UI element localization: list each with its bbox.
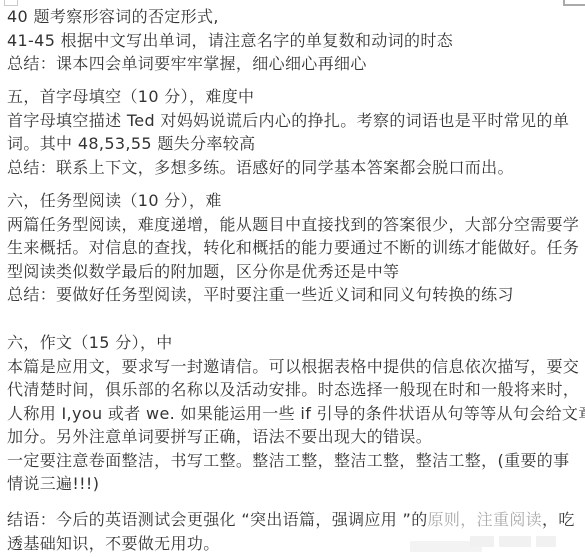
text-line: 情说三遍!!!): [7, 472, 585, 496]
text-segment: 总结：课本四会单词要牢牢掌握，细心细心再细心: [7, 54, 367, 73]
text-line: 五，首字母填空（10 分），难度中: [7, 85, 585, 109]
text-line: 型阅读类似数学最后的附加题，区分你是优秀还是中等: [7, 260, 585, 284]
text-segment: 五，首字母填空（10 分），难度中: [7, 87, 254, 106]
text-line: 总结：课本四会单词要牢牢掌握，细心细心再细心: [7, 52, 585, 76]
text-line: 41-45 根据中文写出单词，请注意名字的单复数和动词的时态: [7, 29, 585, 53]
text-segment: 六，任务型阅读（10 分），难: [7, 191, 222, 210]
text-segment: ，吃: [542, 510, 575, 529]
text-segment: 41-45 根据中文写出单词，请注意名字的单复数和动词的时态: [7, 31, 453, 50]
text-segment: 结语：今后的英语测试会更强化 “突出语篇，强调应用 ”的: [7, 510, 428, 529]
text-line: 人称用 I,you 或者 we. 如果能运用一些 if 引导的条件状语从句等等从…: [7, 402, 585, 426]
text-segment: 两篇任务型阅读，难度递增，能从题目中直接找到的答案很少，大部分空需要学: [7, 215, 579, 234]
text-segment: 总结：要做好任务型阅读，平时要注重一些近义词和同义句转换的练习: [7, 285, 514, 304]
watermark-remnant: [536, 536, 556, 547]
text-segment: 总结：联系上下文，多想多练。语感好的同学基本答案都会脱口而出。: [7, 158, 514, 177]
text-line: 六，任务型阅读（10 分），难: [7, 189, 585, 213]
paragraph-section-6-task-reading: 六，任务型阅读（10 分），难两篇任务型阅读，难度递增，能从题目中直接找到的答案…: [7, 189, 585, 307]
text-segment: 词。其中 48,53,55 题失分率较高: [7, 134, 255, 153]
text-line: 总结：要做好任务型阅读，平时要注重一些近义词和同义句转换的练习: [7, 283, 585, 307]
text-line: 词。其中 48,53,55 题失分率较高: [7, 132, 585, 156]
text-line: 首字母填空描述 Ted 对妈妈说谎后内心的挣扎。考察的词语也是平时常见的单: [7, 109, 585, 133]
text-segment: 一定要注意卷面整洁，书写工整。整洁工整，整洁工整，整洁工整，(重要的事: [7, 451, 570, 470]
faded-text-segment: 原则，注重阅读: [428, 510, 542, 529]
paragraph-section-6-composition: 六，作文（15 分），中本篇是应用文，要求写一封邀请信。可以根据表格中提供的信息…: [7, 331, 585, 496]
text-segment: 代清楚时间，俱乐部的名称以及活动安排。时态选择一般现在时和一般将来时，: [7, 380, 579, 399]
text-line: 本篇是应用文，要求写一封邀请信。可以根据表格中提供的信息依次描写，要交: [7, 355, 585, 379]
text-segment: 本篇是应用文，要求写一封邀请信。可以根据表格中提供的信息依次描写，要交: [7, 357, 579, 376]
paragraph-word-spelling-questions: 40 题考察形容词的否定形式,41-45 根据中文写出单词，请注意名字的单复数和…: [7, 5, 585, 76]
watermark-remnant: [499, 536, 531, 547]
text-line: 六，作文（15 分），中: [7, 331, 585, 355]
text-segment: 透基础知识，不要做无用功。: [7, 534, 220, 553]
text-line: 总结：联系上下文，多想多练。语感好的同学基本答案都会脱口而出。: [7, 156, 585, 180]
text-segment: 型阅读类似数学最后的附加题，区分你是优秀还是中等: [7, 262, 399, 281]
text-line: 一定要注意卷面整洁，书写工整。整洁工整，整洁工整，整洁工整，(重要的事: [7, 449, 585, 473]
text-segment: 加分。另外注意单词要拼写正确，语法不要出现大的错误。: [7, 427, 432, 446]
text-line: 生来概括。对信息的查找，转化和概括的能力要通过不断的训练才能做好。任务: [7, 236, 585, 260]
text-segment: 情说三遍!!!): [7, 474, 99, 493]
text-segment: 生来概括。对信息的查找，转化和概括的能力要通过不断的训练才能做好。任务: [7, 238, 579, 257]
text-segment: 六，作文（15 分），中: [7, 333, 173, 352]
text-line: 代清楚时间，俱乐部的名称以及活动安排。时态选择一般现在时和一般将来时，: [7, 378, 585, 402]
text-segment: 40 题考察形容词的否定形式,: [7, 7, 219, 26]
text-line: 结语：今后的英语测试会更强化 “突出语篇，强调应用 ”的原则，注重阅读，吃: [7, 508, 585, 532]
watermark-remnant: [470, 536, 494, 547]
text-line: 两篇任务型阅读，难度递增，能从题目中直接找到的答案很少，大部分空需要学: [7, 213, 585, 237]
paragraph-conclusion: 结语：今后的英语测试会更强化 “突出语篇，强调应用 ”的原则，注重阅读，吃透基础…: [7, 508, 585, 555]
text-segment: 人称用 I,you 或者 we. 如果能运用一些 if 引导的条件状语从句等等从…: [7, 404, 585, 423]
paragraph-section-5-first-letter-fill: 五，首字母填空（10 分），难度中首字母填空描述 Ted 对妈妈说谎后内心的挣扎…: [7, 85, 585, 179]
text-line: 40 题考察形容词的否定形式,: [7, 5, 585, 29]
text-segment: 首字母填空描述 Ted 对妈妈说谎后内心的挣扎。考察的词语也是平时常见的单: [7, 111, 569, 130]
document-page: 40 题考察形容词的否定形式,41-45 根据中文写出单词，请注意名字的单复数和…: [0, 0, 585, 557]
text-line: 加分。另外注意单词要拼写正确，语法不要出现大的错误。: [7, 425, 585, 449]
